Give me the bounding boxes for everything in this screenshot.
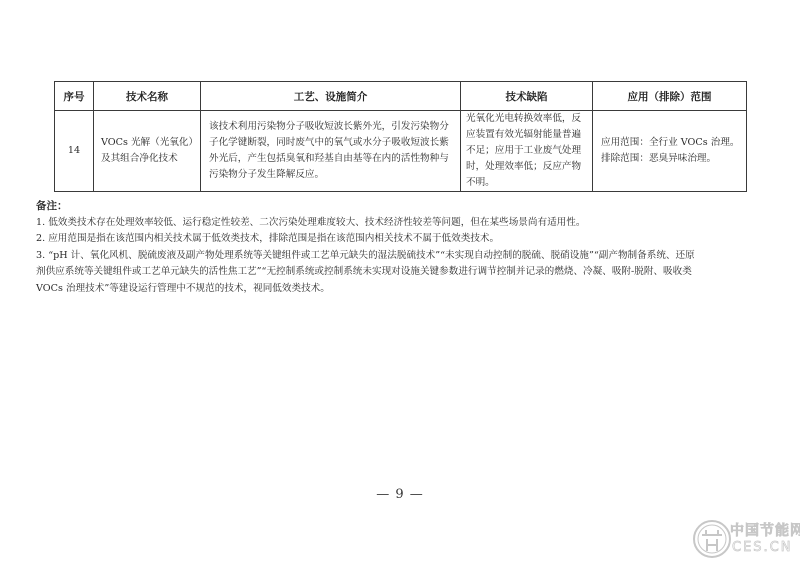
text-line: 光氧化光电转换效率低，反 [466,111,587,127]
note-line: 3. “pH 计、氧化风机、脱硫废液及副产物处理系统等关键组件或工艺单元缺失的湿… [36,248,776,265]
note-line: 剂供应系统等关键组件或工艺单元缺失的活性焦工艺”“无控制系统或控制系统未实现对设… [36,264,776,281]
page-number: — 9 — [0,487,800,502]
cell-serial-number: 14 [55,111,94,192]
notes-title: 备注： [36,198,776,215]
header-process-description: 工艺、设施简介 [201,82,461,111]
watermark-logo: 中国节能网 CES.CN [692,518,797,560]
watermark-text-en: CES.CN [732,540,792,555]
text-line: 应装置有效光辐射能量普遍 [466,127,587,143]
header-serial-number: 序号 [55,82,94,111]
table-header-row: 序号 技术名称 工艺、设施简介 技术缺陷 应用（排除）范围 [55,82,747,111]
note-line: 1. 低效类技术存在处理效率较低、运行稳定性较差、二次污染处理难度较大、技术经济… [36,215,776,232]
text-line: 子化学键断裂，同时废气中的氧气或水分子吸收短波长紫 [209,135,452,151]
header-application-scope: 应用（排除）范围 [593,82,747,111]
low-efficiency-technology-table: 序号 技术名称 工艺、设施简介 技术缺陷 应用（排除）范围 14 VOCs 光解… [54,81,747,192]
text-line: 不明。 [466,175,587,191]
notes-section: 备注： 1. 低效类技术存在处理效率较低、运行稳定性较差、二次污染处理难度较大、… [36,198,776,297]
text-line: 污染物分子发生降解反应。 [209,167,452,183]
note-line: VOCs 治理技术”等建设运行管理中不规范的技术，视同低效类技术。 [36,281,776,298]
text-line: 该技术利用污染物分子吸收短波长紫外光，引发污染物分 [209,119,452,135]
text-line: 应用范围：全行业 VOCs 治理。 [601,135,746,151]
header-technology-name: 技术名称 [94,82,201,111]
text-line: 排除范围：恶臭异味治理。 [601,151,746,167]
note-line: 2. 应用范围是指在该范围内相关技术属于低效类技术，排除范围是指在该范围内相关技… [36,231,776,248]
cell-technology-name: VOCs 光解（光氧化） 及其组合净化技术 [94,111,201,192]
text-line: 外光后，产生包括臭氧和羟基自由基等在内的活性物种与 [209,151,452,167]
cell-process-description: 该技术利用污染物分子吸收短波长紫外光，引发污染物分 子化学键断裂，同时废气中的氧… [201,111,461,192]
watermark-text-cn: 中国节能网 [730,520,800,540]
text-line: VOCs 光解（光氧化） [101,135,200,151]
header-technical-defects: 技术缺陷 [461,82,593,111]
ces-logo-icon [692,519,732,559]
table-row: 14 VOCs 光解（光氧化） 及其组合净化技术 该技术利用污染物分子吸收短波长… [55,111,747,192]
cell-technical-defects: 光氧化光电转换效率低，反 应装置有效光辐射能量普遍 不足；应用于工业废气处理 时… [461,111,593,192]
text-line: 时，处理效率低；反应产物 [466,159,587,175]
cell-application-scope: 应用范围：全行业 VOCs 治理。 排除范围：恶臭异味治理。 [593,111,747,192]
text-line: 不足；应用于工业废气处理 [466,143,587,159]
text-line: 及其组合净化技术 [101,151,200,167]
